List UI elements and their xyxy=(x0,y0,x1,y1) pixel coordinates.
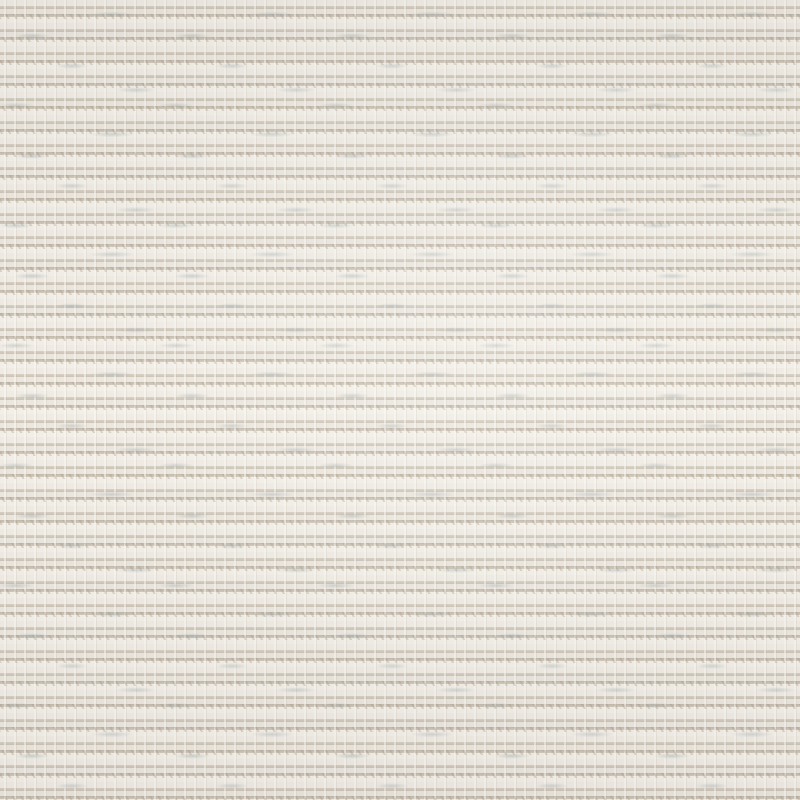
lighting-shade xyxy=(0,0,800,800)
fabric-texture xyxy=(0,0,800,800)
